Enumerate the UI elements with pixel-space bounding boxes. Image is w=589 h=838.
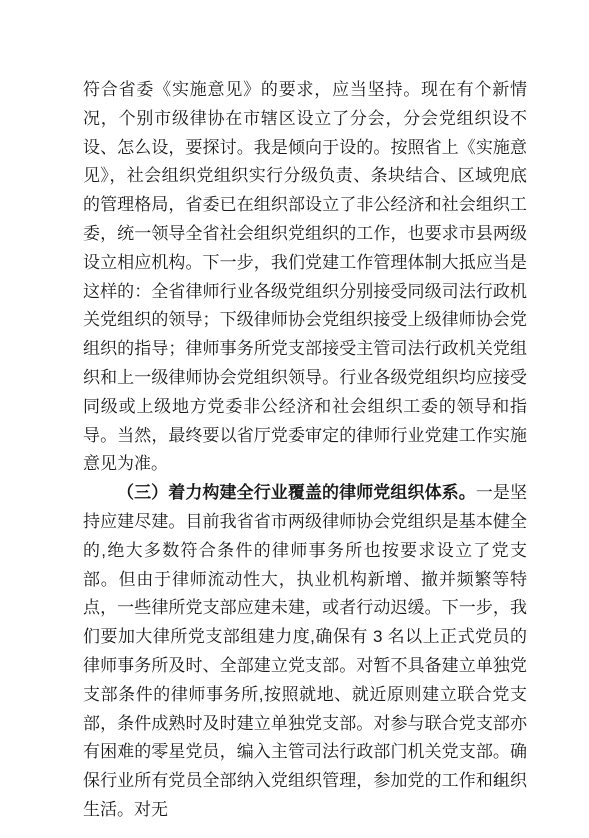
document-body: 符合省委《实施意见》的要求，应当坚持。现在有个新情况，个别市级律协在市辖区设立了…: [83, 76, 527, 825]
paragraph: 符合省委《实施意见》的要求，应当坚持。现在有个新情况，个别市级律协在市辖区设立了…: [83, 76, 527, 479]
section-heading-run: （三）着力构建全行业覆盖的律师党组织体系。: [117, 483, 476, 502]
paragraph: （三）着力构建全行业覆盖的律师党组织体系。一是坚持应建尽建。目前我省省市两级律师…: [83, 479, 527, 825]
document-page: 符合省委《实施意见》的要求，应当坚持。现在有个新情况，个别市级律协在市辖区设立了…: [0, 0, 589, 838]
body-text-run: 符合省委《实施意见》的要求，应当坚持。现在有个新情况，个别市级律协在市辖区设立了…: [83, 80, 527, 473]
page-number: 13: [489, 775, 509, 787]
body-text-run: 一是坚持应建尽建。目前我省省市两级律师协会党组织是基本健全的,绝大多数符合条件的…: [83, 483, 527, 819]
